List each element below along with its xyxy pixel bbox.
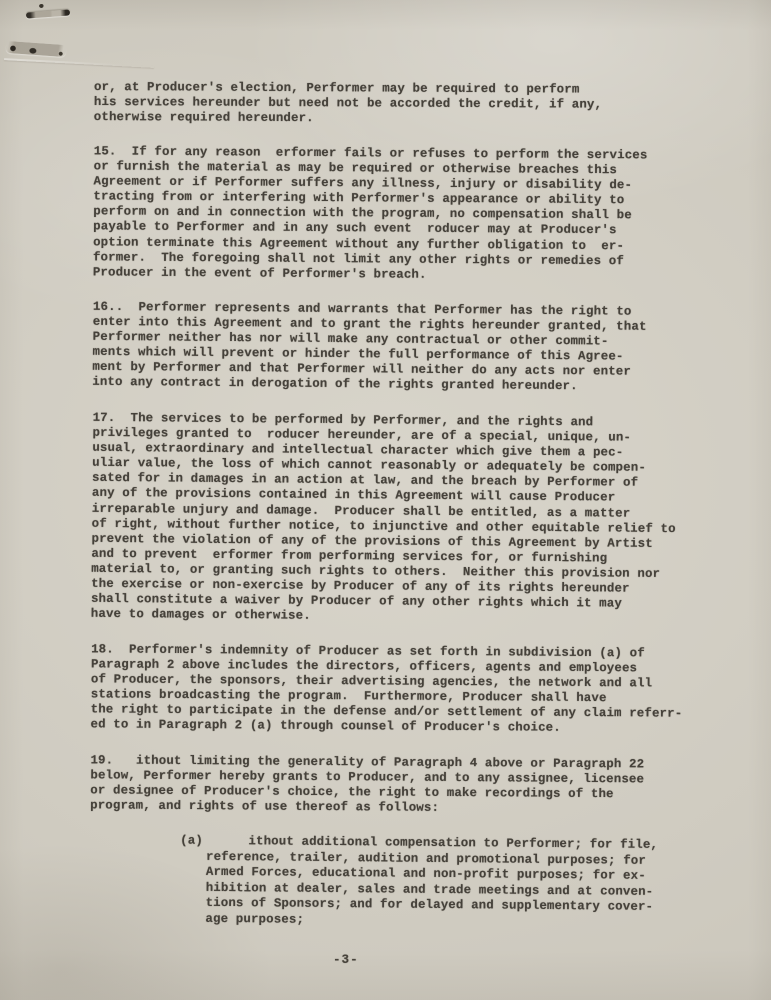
page-number: -3-: [333, 953, 359, 967]
scanned-contract-page: or, at Producer's election, Performer ma…: [0, 0, 771, 1000]
paper-crease: [4, 58, 154, 68]
paragraph-15: 15. If for any reason erformer fails or …: [93, 145, 718, 285]
paragraph-18: 18. Performer's indemnity of Producer as…: [90, 642, 715, 737]
paragraph-16: 16.. Performer represents and warrants t…: [92, 300, 717, 396]
staple-mark-dot: [39, 4, 44, 8]
staple-mark-top: [26, 9, 70, 18]
paragraph-intro-continuation: or, at Producer's election, Performer ma…: [94, 80, 718, 129]
paragraph-17: 17. The services to be performed by Perf…: [91, 410, 717, 627]
paragraph-19: 19. ithout limiting the generality of Pa…: [90, 753, 714, 818]
typewritten-text-block: or, at Producer's election, Performer ma…: [89, 80, 718, 951]
staple-mark-bottom: [6, 41, 67, 57]
clause-19a: (a) ithout additional compensation to Pe…: [89, 833, 714, 932]
